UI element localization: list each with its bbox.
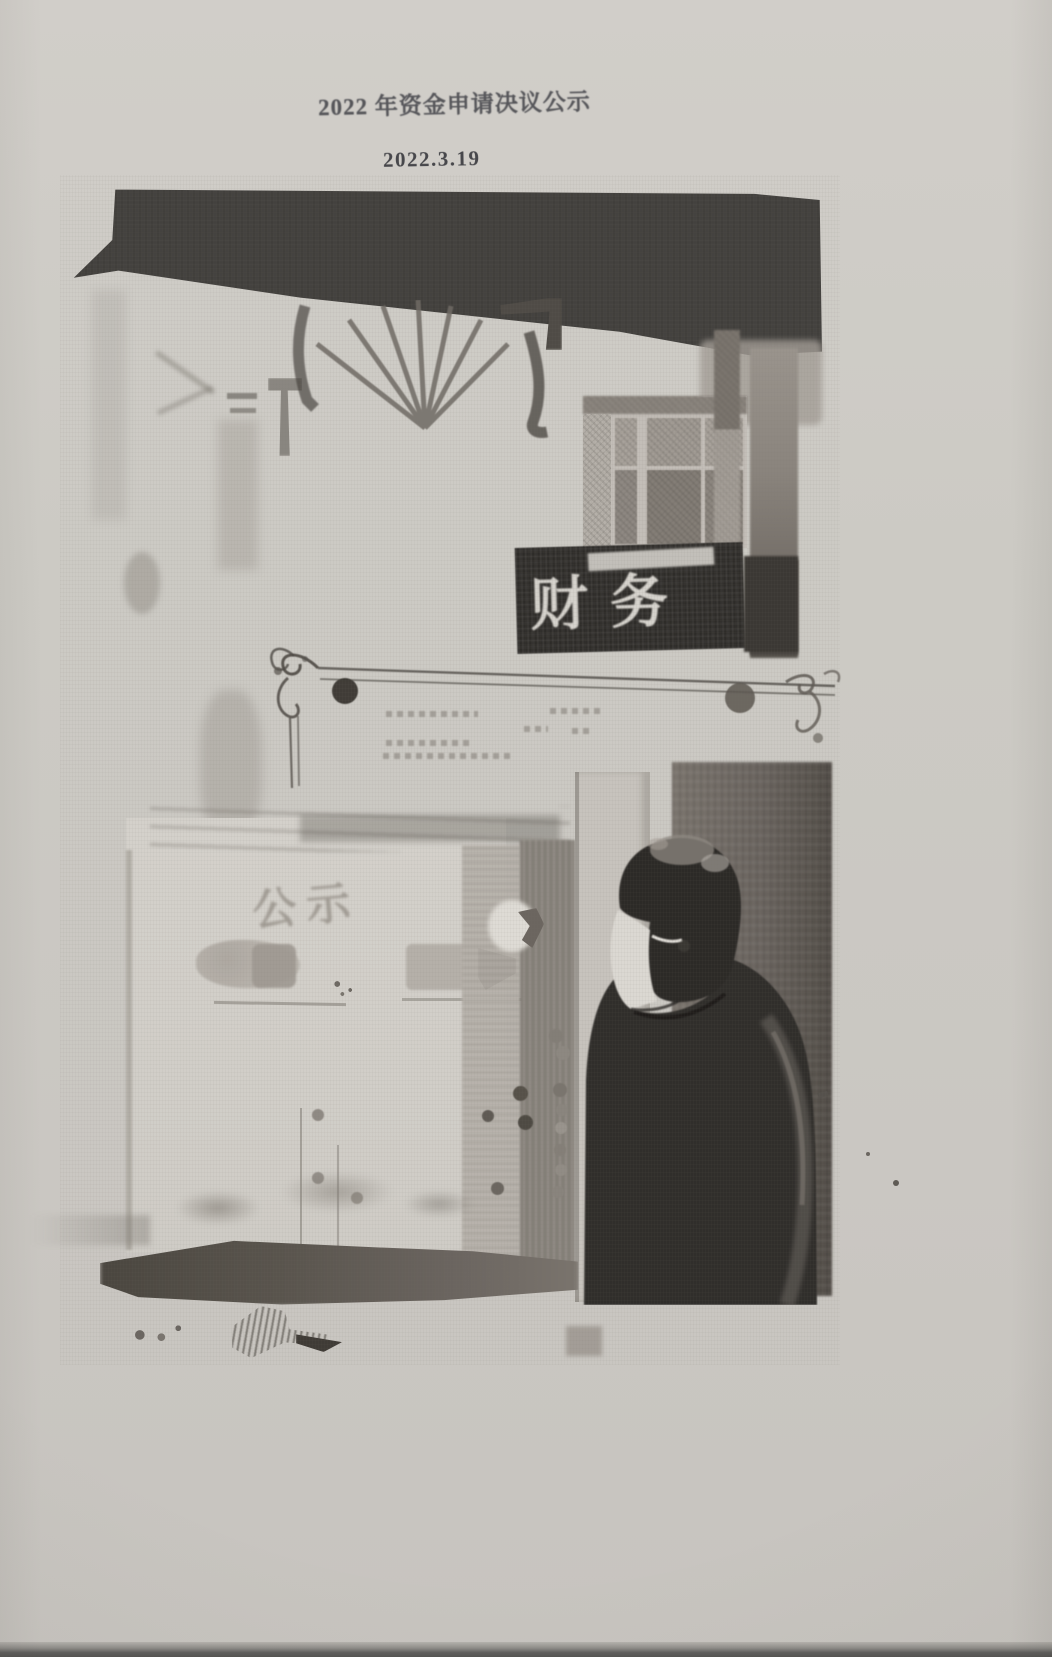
- illegible-text-line: [550, 708, 602, 714]
- push-pin-dark: [513, 1086, 528, 1101]
- window-pane: [615, 470, 637, 544]
- ink-speck: [893, 1180, 899, 1186]
- strip-bottom-tail: [566, 1326, 602, 1356]
- push-pin-dark: [482, 1110, 494, 1122]
- illegible-text-line: [524, 726, 548, 732]
- board-top-smudge-dark: [300, 815, 560, 842]
- push-pin: [312, 1109, 324, 1121]
- board-bottom-mottle: [150, 1160, 490, 1240]
- plant-debris: [232, 1306, 328, 1358]
- person-man-masked: [560, 760, 840, 1305]
- ear-shadow: [678, 940, 690, 952]
- board-left-edge: [126, 850, 132, 1250]
- push-pin-dark: [491, 1182, 504, 1195]
- faded-mark-eq-2: [230, 408, 256, 413]
- window-pane: [647, 418, 701, 466]
- illegible-text-line: [386, 711, 478, 717]
- scanned-page: 2022 年资金申请决议公示 2022.3.19: [0, 0, 1052, 1657]
- page-bottom-edge: [0, 1642, 1052, 1657]
- window-pane: [615, 418, 637, 466]
- board-blob-left-dark: [252, 944, 296, 988]
- board-speck-cluster: [332, 978, 358, 998]
- illegible-text-line: [386, 740, 472, 746]
- fan-ornament: [275, 300, 575, 440]
- faded-stroke-2: [157, 386, 213, 416]
- illegible-text-line: [572, 728, 592, 734]
- illegible-text-line: [383, 753, 511, 759]
- faded-mark-eq-1: [227, 393, 257, 399]
- pillar-mid-upper: [714, 330, 740, 430]
- faded-smudge-left-column: [92, 290, 126, 520]
- pillar-mid-lower: [714, 430, 740, 560]
- board-faint-title: 公示: [249, 865, 362, 938]
- hair-highlight: [701, 854, 729, 872]
- faded-smudge-column: [218, 420, 258, 570]
- hair-highlight: [648, 838, 668, 850]
- push-pin-dark: [518, 1115, 533, 1130]
- debris-marks: [126, 1318, 189, 1352]
- window-pane: [647, 470, 701, 544]
- jacket: [584, 960, 817, 1305]
- window-left-jamb: [583, 414, 611, 548]
- faded-blob: [124, 552, 160, 614]
- photocopy-photo: 财务: [0, 0, 1052, 1657]
- ink-speck: [866, 1152, 870, 1156]
- bottom-band-left-fade: [30, 1215, 150, 1245]
